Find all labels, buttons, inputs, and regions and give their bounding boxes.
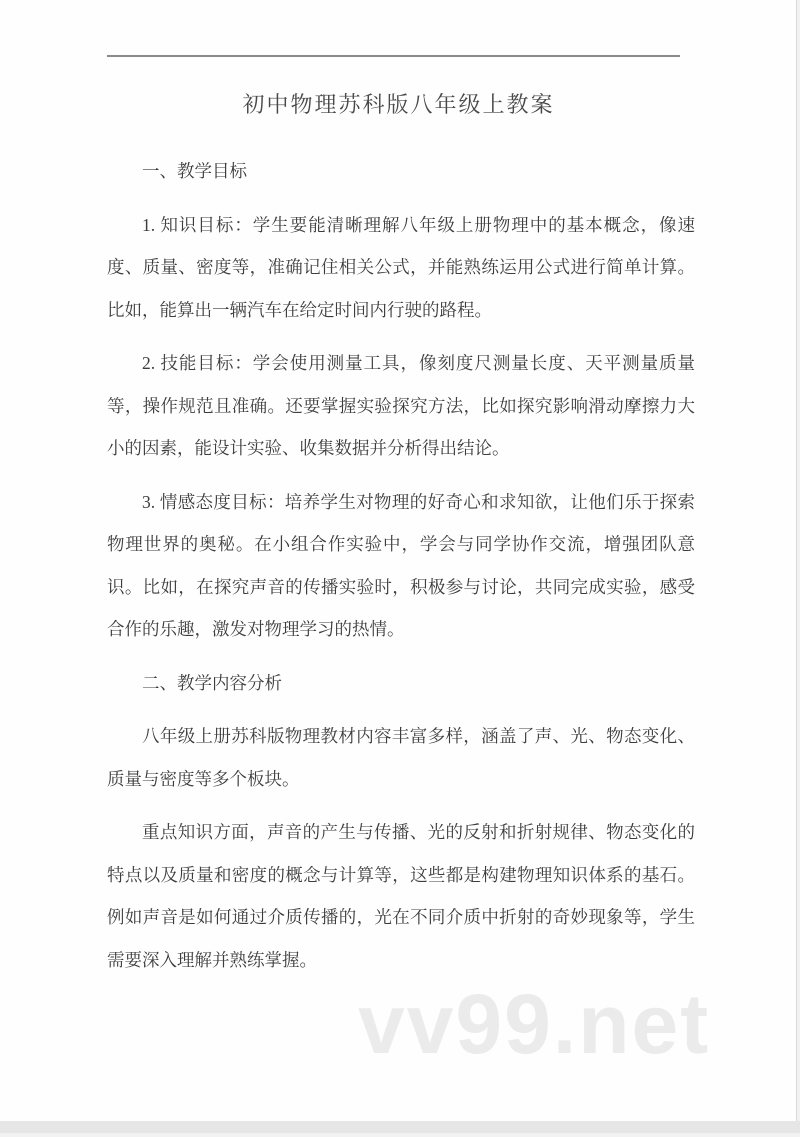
paragraph-knowledge-goal: 1. 知识目标：学生要能清晰理解八年级上册物理中的基本概念，像速度、质量、密度等…: [107, 204, 695, 332]
paragraph-textbook-overview: 八年级上册苏科版物理教材内容丰富多样，涵盖了声、光、物态变化、质量与密度等多个板…: [107, 715, 695, 800]
document-viewer: 初中物理苏科版八年级上教案 一、教学目标 1. 知识目标：学生要能清晰理解八年级…: [0, 0, 800, 1137]
section-heading-teaching-goals: 一、教学目标: [107, 150, 695, 193]
paragraph-skill-goal: 2. 技能目标：学会使用测量工具，像刻度尺测量长度、天平测量质量等，操作规范且准…: [107, 342, 695, 470]
document-page: 初中物理苏科版八年级上教案 一、教学目标 1. 知识目标：学生要能清晰理解八年级…: [0, 0, 797, 1121]
paragraph-affective-goal: 3. 情感态度目标：培养学生对物理的好奇心和求知欲，让他们乐于探索物理世界的奥秘…: [107, 481, 695, 651]
document-body: 一、教学目标 1. 知识目标：学生要能清晰理解八年级上册物理中的基本概念，像速度…: [107, 150, 695, 981]
watermark: vv99.net: [358, 982, 710, 1066]
header-rule: [107, 55, 680, 57]
page-bottom-edge: [0, 1121, 800, 1133]
section-heading-content-analysis: 二、教学内容分析: [107, 662, 695, 705]
paragraph-key-knowledge: 重点知识方面，声音的产生与传播、光的反射和折射规律、物态变化的特点以及质量和密度…: [107, 811, 695, 981]
document-title: 初中物理苏科版八年级上教案: [0, 88, 797, 119]
